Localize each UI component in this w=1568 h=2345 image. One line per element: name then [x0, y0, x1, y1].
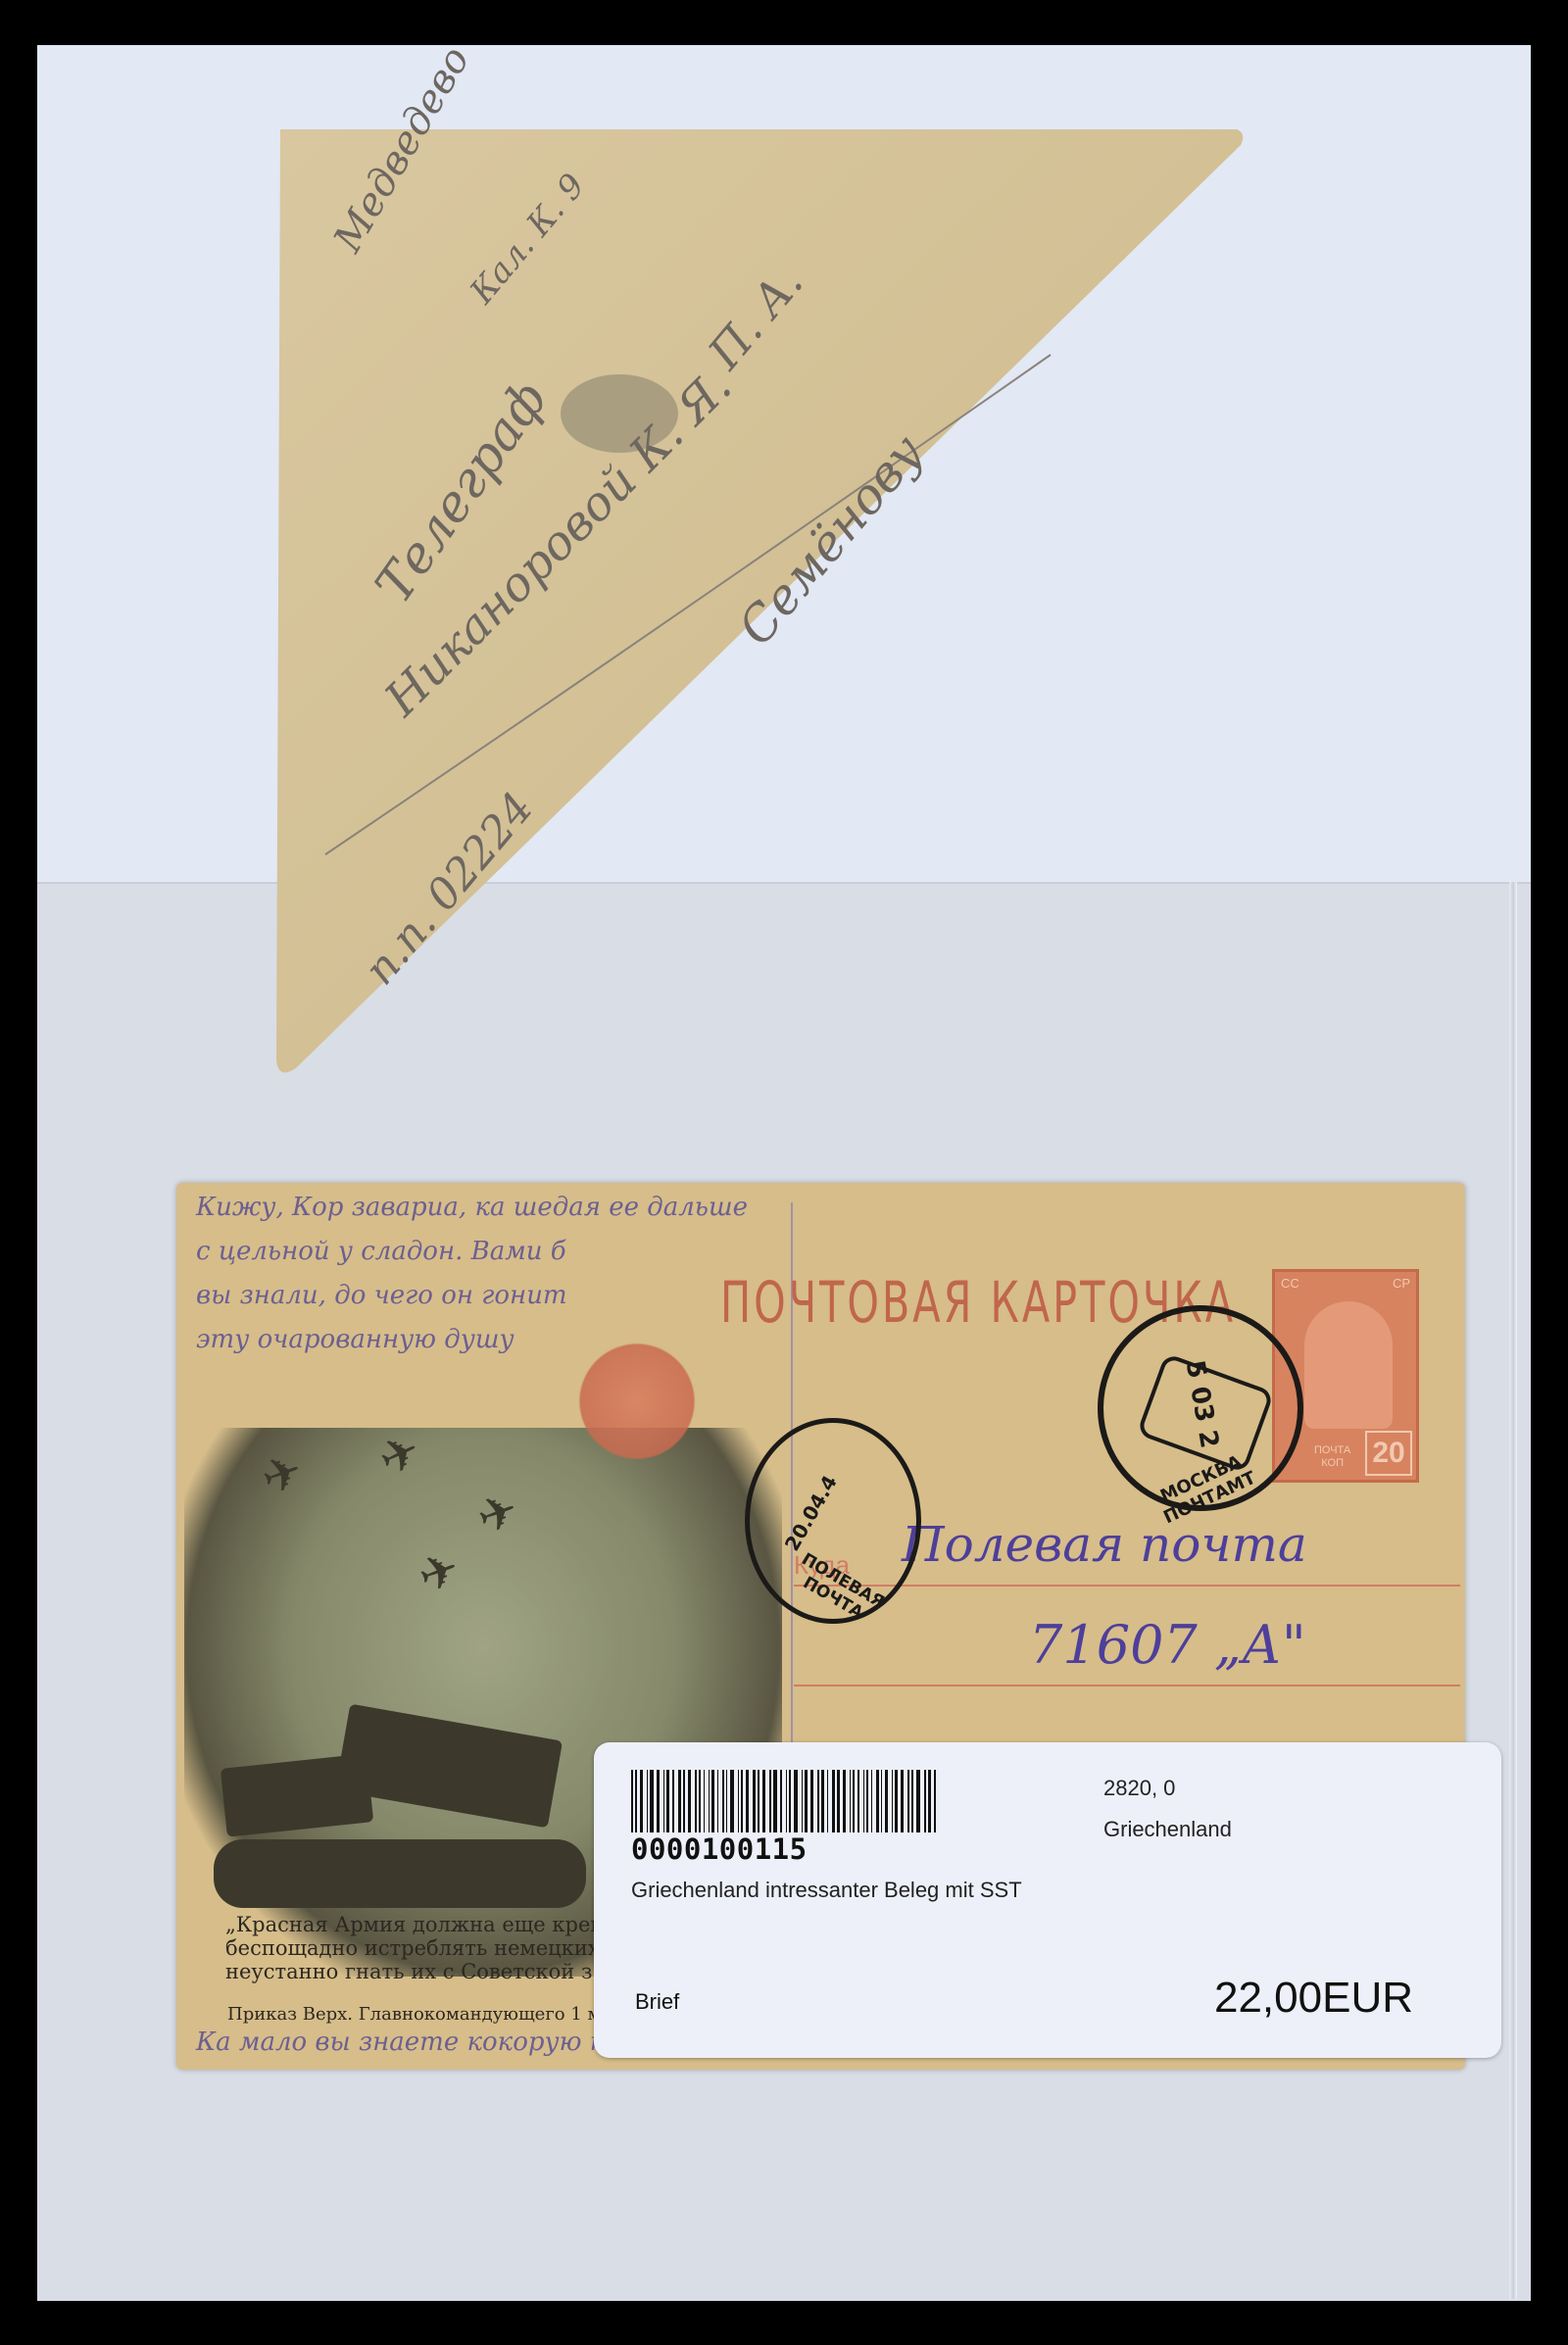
barcode: [631, 1770, 1060, 1832]
barcode-bar: [866, 1770, 868, 1832]
barcode-bar: [711, 1770, 714, 1832]
plane-icon: ✈: [412, 1540, 467, 1605]
barcode-bar: [746, 1770, 749, 1832]
address-field-post: Полевая почта: [902, 1516, 1307, 1573]
barcode-bar: [892, 1770, 893, 1832]
lot-description: Griechenland intressanter Beleg mit SST: [631, 1878, 1022, 1903]
barcode-bar: [650, 1770, 654, 1832]
barcode-bar: [666, 1770, 669, 1832]
barcode-bar: [916, 1770, 920, 1832]
postmark-field-post: 20.04.4 ПОЛЕВАЯ ПОЧТА: [745, 1418, 921, 1624]
lot-price[interactable]: 22,00EUR: [1214, 1974, 1413, 2023]
plane-icon: ✈: [470, 1482, 526, 1546]
barcode-bar: [911, 1770, 913, 1832]
address-line: [794, 1685, 1460, 1686]
handwritten-line: вы знали, до чего он гонит: [196, 1281, 567, 1310]
barcode-bar: [780, 1770, 782, 1832]
barcode-bar: [857, 1770, 859, 1832]
barcode-bar: [786, 1770, 787, 1832]
barcode-bar: [773, 1770, 777, 1832]
barcode-bar: [730, 1770, 734, 1832]
stamp-country: СР: [1393, 1276, 1410, 1291]
plane-icon: ✈: [370, 1422, 429, 1489]
dealer-lot-label[interactable]: 0000100115 2820, 0 Griechenland Griechen…: [594, 1742, 1501, 2058]
triangle-letter[interactable]: Медведево Кал. К. 9 Телеграф Никаноровой…: [267, 120, 1247, 1080]
barcode-bar: [821, 1770, 824, 1832]
barcode-bar: [726, 1770, 727, 1832]
handwritten-line: с цельной у сладон. Вами б: [196, 1237, 566, 1266]
barcode-bar: [647, 1770, 648, 1832]
barcode-bar: [663, 1770, 664, 1832]
handwritten-line: Кижу, Кор завариа, ка шедая ее дальше: [196, 1193, 748, 1222]
barcode-bar: [717, 1770, 718, 1832]
barcode-bar: [810, 1770, 813, 1832]
barcode-bar: [741, 1770, 743, 1832]
barcode-bar: [817, 1770, 819, 1832]
barcode-bar: [853, 1770, 855, 1832]
barcode-bar: [928, 1770, 931, 1832]
barcode-bar: [881, 1770, 882, 1832]
barcode-bar: [794, 1770, 798, 1832]
barcode-bar: [885, 1770, 888, 1832]
barcode-bar: [657, 1770, 660, 1832]
barcode-bar: [863, 1770, 864, 1832]
barcode-bar: [850, 1770, 851, 1832]
barcode-bar: [769, 1770, 771, 1832]
postmark-moscow: 5 03 2 МОСКВА ПОЧТАМТ: [1098, 1305, 1303, 1511]
barcode-bar: [738, 1770, 739, 1832]
stamp-inscription-line: КОП: [1314, 1457, 1350, 1470]
barcode-bar: [683, 1770, 685, 1832]
barcode-bar: [699, 1770, 701, 1832]
barcode-bar: [722, 1770, 724, 1832]
lot-reference: 2820, 0: [1103, 1776, 1175, 1801]
barcode-bar: [704, 1770, 705, 1832]
barcode-bar: [907, 1770, 909, 1832]
barcode-bar: [805, 1770, 808, 1832]
sleeve-edge: [1509, 882, 1517, 2299]
tank-icon: [220, 1753, 373, 1836]
stamp-portrait-icon: [1304, 1301, 1393, 1429]
barcode-bar: [934, 1770, 936, 1832]
barcode-bar: [837, 1770, 840, 1832]
ussr-emblem-icon: [578, 1328, 696, 1475]
address-number: 71607 „А": [1029, 1614, 1306, 1676]
barcode-bar: [640, 1770, 643, 1832]
barcode-bar: [758, 1770, 759, 1832]
barcode-bar: [871, 1770, 872, 1832]
barcode-bar: [762, 1770, 765, 1832]
plane-icon: ✈: [255, 1442, 311, 1507]
stamp-inscription: ПОЧТА КОП: [1314, 1444, 1350, 1470]
barcode-bar: [843, 1770, 846, 1832]
barcode-number: 0000100115: [631, 1832, 808, 1866]
barcode-bar: [631, 1770, 633, 1832]
barcode-bar: [695, 1770, 697, 1832]
barcode-bar: [876, 1770, 879, 1832]
barcode-bar: [802, 1770, 803, 1832]
lot-country: Griechenland: [1103, 1817, 1232, 1842]
caption-source: Приказ Верх. Главнокомандующего 1 мая: [227, 2004, 623, 2025]
barcode-bar: [832, 1770, 835, 1832]
soldiers-shape: [214, 1839, 586, 1908]
barcode-bar: [678, 1770, 681, 1832]
barcode-bar: [688, 1770, 691, 1832]
stamp-value: 20: [1365, 1431, 1412, 1476]
barcode-bar: [672, 1770, 674, 1832]
handwritten-line: эту очарованную душу: [196, 1325, 514, 1354]
barcode-bar: [895, 1770, 898, 1832]
lot-type: Brief: [635, 1989, 679, 2015]
barcode-bar: [709, 1770, 710, 1832]
barcode-bar: [827, 1770, 828, 1832]
barcode-bar: [635, 1770, 637, 1832]
barcode-bar: [753, 1770, 756, 1832]
barcode-bar: [924, 1770, 926, 1832]
postmark-text: ПОЛЕВАЯ ПОЧТА: [760, 1534, 916, 1646]
barcode-bar: [901, 1770, 904, 1832]
stamp-inscription-line: ПОЧТА: [1314, 1444, 1350, 1457]
barcode-bar: [789, 1770, 791, 1832]
stamp-country: СС: [1281, 1276, 1299, 1291]
